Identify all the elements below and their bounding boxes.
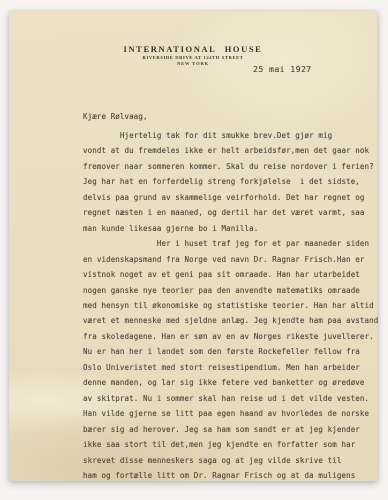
typed-line: fremover naar sommeren kommer. Skal du r… bbox=[83, 159, 375, 174]
letterhead-city: NEW YORK bbox=[9, 61, 377, 67]
typed-line: skrevet disse menneskers saga og at jeg … bbox=[83, 453, 375, 468]
typed-line: vistnok noget av et geni paa sit omraade… bbox=[83, 267, 375, 282]
typed-line: med hensyn til økonomiske og statistiske… bbox=[83, 298, 375, 313]
typed-line: delvis paa grund av skammelige veirforho… bbox=[83, 190, 375, 205]
typed-line: Nu er han her i landet som den første Ro… bbox=[83, 344, 375, 359]
typed-line: regnet næsten i en maaned, og dertil har… bbox=[83, 205, 375, 220]
date-line: 25 mai 1927 bbox=[253, 64, 312, 74]
typed-line: av skitprat. Nu i sommer skal han reise … bbox=[83, 391, 375, 406]
letter-paper: INTERNATIONAL HOUSE RIVERSIDE DRIVE AT 1… bbox=[9, 11, 377, 481]
typed-line: ikke saa stort til det,men jeg kjendte e… bbox=[83, 437, 375, 452]
salutation: Kjære Rølvaag, bbox=[83, 112, 148, 121]
typed-line: Hjertelig tak for dit smukke brev.Det gj… bbox=[83, 128, 375, 143]
scanned-letter-page: INTERNATIONAL HOUSE RIVERSIDE DRIVE AT 1… bbox=[0, 0, 388, 500]
typed-line: man kunde likesaa gjerne bo i Manilla. bbox=[83, 221, 375, 236]
typed-line: nogen ganske nye teorier paa den anvendt… bbox=[83, 283, 375, 298]
typed-line: en videnskapsmand fra Norge ved navn Dr.… bbox=[83, 252, 375, 267]
typed-line: vondt at du fremdeles ikke er helt arbei… bbox=[83, 143, 375, 158]
letterhead: INTERNATIONAL HOUSE RIVERSIDE DRIVE AT 1… bbox=[9, 44, 377, 67]
typed-line: Han vilde gjerne se litt paa egen haand … bbox=[83, 406, 375, 421]
letter-body: Hjertelig tak for dit smukke brev.Det gj… bbox=[83, 128, 375, 483]
typed-line: denne manden, og lar sig ikke fetere ved… bbox=[83, 375, 375, 390]
letterhead-organization: INTERNATIONAL HOUSE bbox=[9, 44, 377, 54]
typed-line: Jeg har hat en forferdelig streng forkjø… bbox=[83, 174, 375, 189]
typed-line: ham og fortælle litt om Dr. Ragnar Frisc… bbox=[83, 468, 375, 483]
typed-line: fra skoledagene. Han er søn av en av Nor… bbox=[83, 329, 375, 344]
typed-line: Her i huset traf jeg for et par maaneder… bbox=[83, 236, 375, 251]
typed-line: Oslo Univeristet med stort reisestipendi… bbox=[83, 360, 375, 375]
typed-line: bærer sig ad herover. Jeg sa ham som san… bbox=[83, 422, 375, 437]
typed-line: været et menneske med sjeldne anlæg. Jeg… bbox=[83, 313, 375, 328]
